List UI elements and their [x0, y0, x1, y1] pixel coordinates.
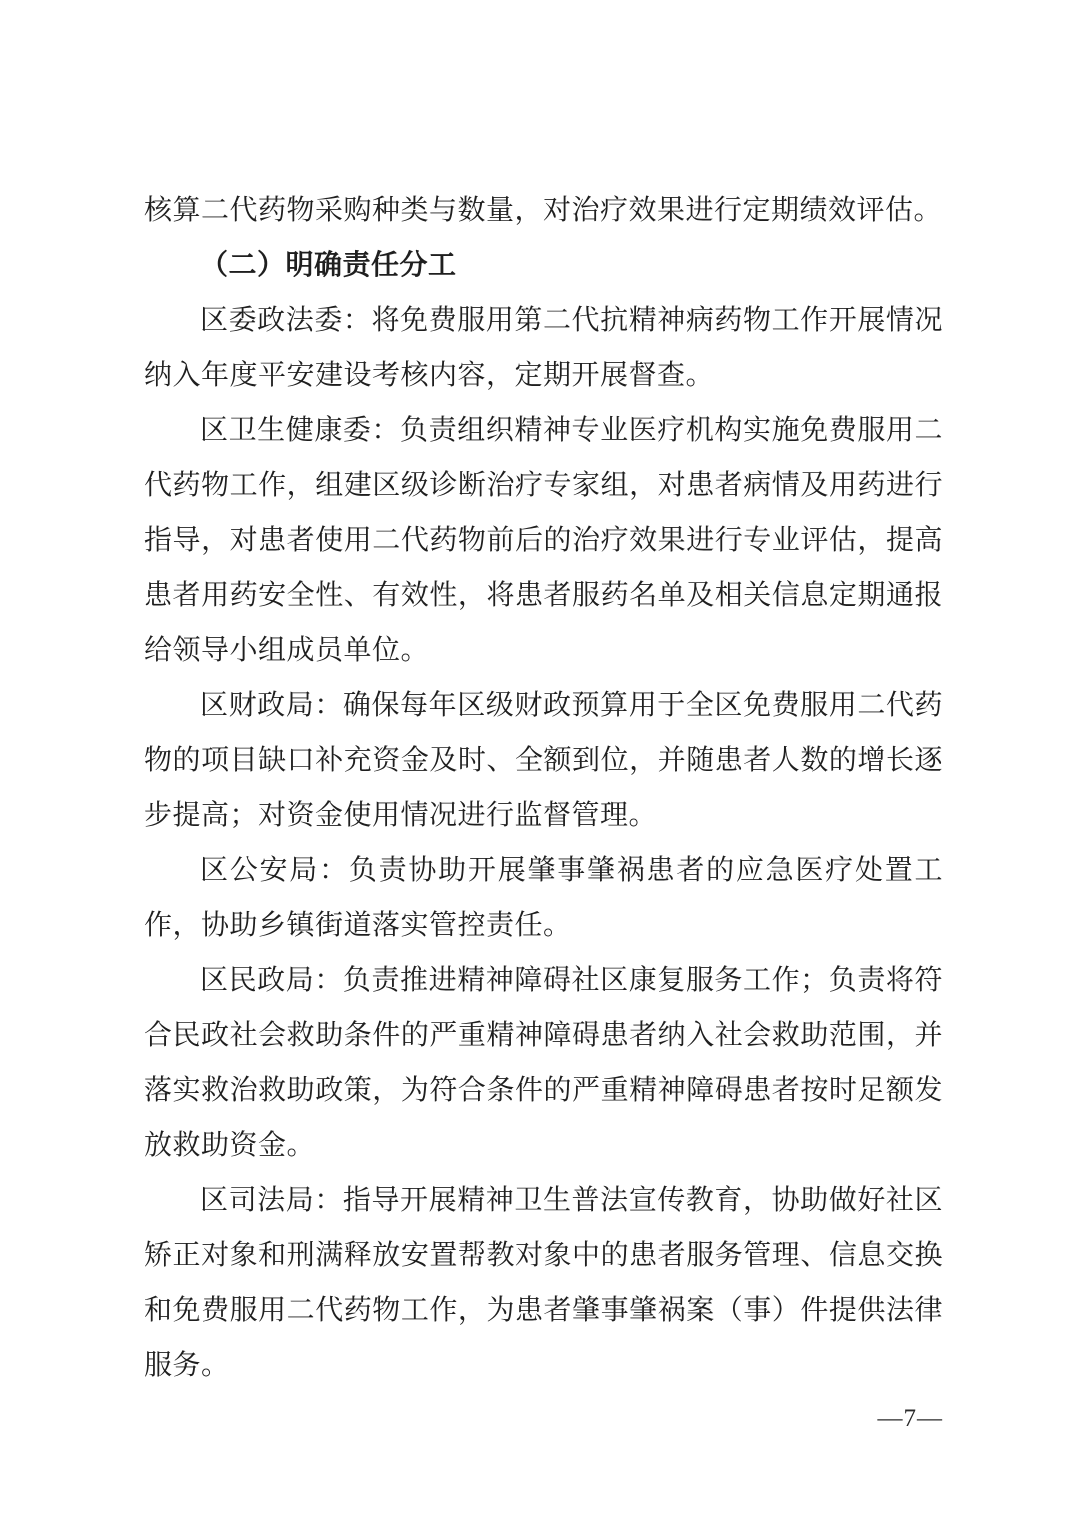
continuation-paragraph: 核算二代药物采购种类与数量，对治疗效果进行定期绩效评估。: [144, 183, 943, 238]
document-page: 核算二代药物采购种类与数量，对治疗效果进行定期绩效评估。 （二）明确责任分工 区…: [0, 0, 1074, 1520]
paragraph-district-civil-affairs-bureau: 区民政局：负责推进精神障碍社区康复服务工作；负责将符合民政社会救助条件的严重精神…: [144, 953, 943, 1173]
paragraph-district-public-security-bureau: 区公安局：负责协助开展肇事肇祸患者的应急医疗处置工作，协助乡镇街道落实管控责任。: [144, 843, 943, 953]
section-heading: （二）明确责任分工: [144, 238, 943, 293]
paragraph-district-finance-bureau: 区财政局：确保每年区级财政预算用于全区免费服用二代药物的项目缺口补充资金及时、全…: [144, 678, 943, 843]
paragraph-district-justice-bureau: 区司法局：指导开展精神卫生普法宣传教育，协助做好社区矫正对象和刑满释放安置帮教对…: [144, 1173, 943, 1393]
document-body: 核算二代药物采购种类与数量，对治疗效果进行定期绩效评估。 （二）明确责任分工 区…: [144, 183, 943, 1393]
page-number: —7—: [878, 1398, 944, 1440]
paragraph-district-health-commission: 区卫生健康委：负责组织精神专业医疗机构实施免费服用二代药物工作，组建区级诊断治疗…: [144, 403, 943, 678]
paragraph-district-politics-law-committee: 区委政法委：将免费服用第二代抗精神病药物工作开展情况纳入年度平安建设考核内容，定…: [144, 293, 943, 403]
